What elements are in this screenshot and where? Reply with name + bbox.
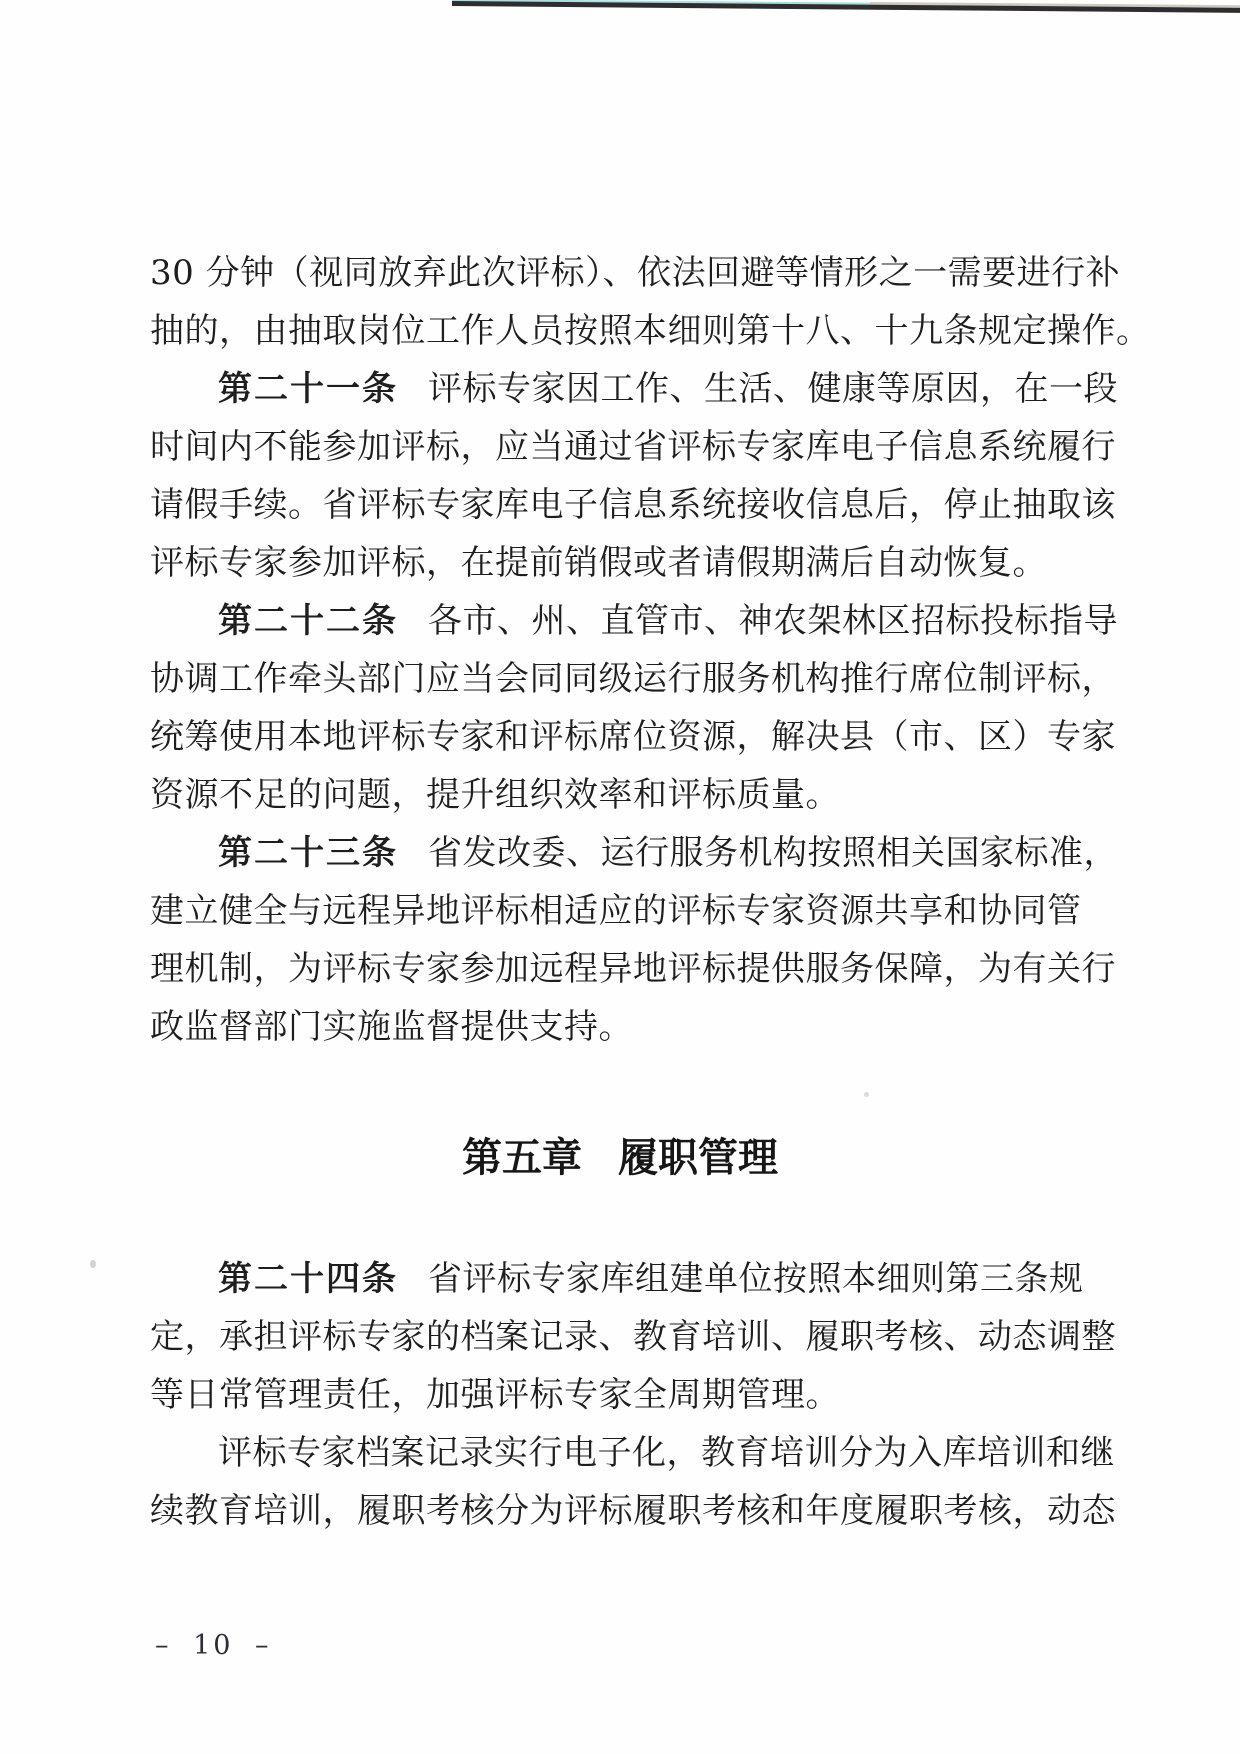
scan-speckle [90,1260,96,1268]
line-text: 评标专家因工作、生活、健康等原因，在一段 [428,369,1118,409]
line-text: 各市、州、直管市、神农架林区招标投标指导 [428,601,1118,641]
line-text: 时间内不能参加评标，应当通过省评标专家库电子信息系统履行 [150,427,1116,467]
text-line: 请假手续。省评标专家库电子信息系统接收信息后，停止抽取该 [150,476,1110,534]
chapter-heading: 第五章履职管理 [0,1136,1240,1180]
text-line: 等日常管理责任，加强评标专家全周期管理。 [150,1366,1110,1424]
line-text: 续教育培训，履职考核分为评标履职考核和年度履职考核，动态 [150,1491,1116,1531]
line-text: 评标专家参加评标，在提前销假或者请假期满后自动恢复。 [150,543,1047,583]
line-text: 等日常管理责任，加强评标专家全周期管理。 [150,1375,840,1415]
text-line: 政监督部门实施监督提供支持。 [150,998,1110,1056]
article-number: 第二十四条 [218,1259,398,1299]
line-text: 省发改委、运行服务机构按照相关国家标准， [428,833,1118,873]
line-text: 统筹使用本地评标专家和评标席位资源，解决县（市、区）专家 [150,717,1116,757]
body-text-upper: 30 分钟（视同放弃此次评标）、依法回避等情形之一需要进行补抽的，由抽取岗位工作… [150,244,1110,1056]
text-line: 定，承担评标专家的档案记录、教育培训、履职考核、动态调整 [150,1308,1110,1366]
page-number: – 10 – [155,1630,272,1661]
text-line: 建立健全与远程异地评标相适应的评标专家资源共享和协同管 [150,882,1110,940]
text-line: 资源不足的问题，提升组织效率和评标质量。 [150,766,1110,824]
line-text: 协调工作牵头部门应当会同同级运行服务机构推行席位制评标， [150,659,1116,699]
text-line: 第二十一条评标专家因工作、生活、健康等原因，在一段 [150,360,1110,418]
line-text: 抽的，由抽取岗位工作人员按照本细则第十八、十九条规定操作。 [150,311,1151,351]
text-line: 抽的，由抽取岗位工作人员按照本细则第十八、十九条规定操作。 [150,302,1110,360]
text-line: 评标专家参加评标，在提前销假或者请假期满后自动恢复。 [150,534,1110,592]
text-line: 理机制，为评标专家参加远程异地评标提供服务保障，为有关行 [150,940,1110,998]
line-text: 定，承担评标专家的档案记录、教育培训、履职考核、动态调整 [150,1317,1116,1357]
text-line: 续教育培训，履职考核分为评标履职考核和年度履职考核，动态 [150,1482,1110,1540]
article-number: 第二十一条 [218,369,398,409]
article-number: 第二十三条 [218,833,398,873]
chapter-label: 第五章 [462,1135,582,1181]
text-line: 第二十三条省发改委、运行服务机构按照相关国家标准， [150,824,1110,882]
document-page: 30 分钟（视同放弃此次评标）、依法回避等情形之一需要进行补抽的，由抽取岗位工作… [0,0,1240,1754]
chapter-title: 履职管理 [618,1135,778,1181]
text-line: 协调工作牵头部门应当会同同级运行服务机构推行席位制评标， [150,650,1110,708]
line-text: 政监督部门实施监督提供支持。 [150,1007,633,1047]
scan-speckle [864,1092,869,1097]
line-text: 理机制，为评标专家参加远程异地评标提供服务保障，为有关行 [150,949,1116,989]
text-line: 第二十四条省评标专家库组建单位按照本细则第三条规 [150,1250,1110,1308]
line-text: 请假手续。省评标专家库电子信息系统接收信息后，停止抽取该 [150,485,1116,525]
line-text: 资源不足的问题，提升组织效率和评标质量。 [150,775,840,815]
text-line: 统筹使用本地评标专家和评标席位资源，解决县（市、区）专家 [150,708,1110,766]
text-line: 时间内不能参加评标，应当通过省评标专家库电子信息系统履行 [150,418,1110,476]
line-text: 30 分钟（视同放弃此次评标）、依法回避等情形之一需要进行补 [150,253,1120,293]
text-line: 30 分钟（视同放弃此次评标）、依法回避等情形之一需要进行补 [150,244,1110,302]
line-text: 评标专家档案记录实行电子化，教育培训分为入库培训和继 [218,1433,1115,1473]
text-line: 评标专家档案记录实行电子化，教育培训分为入库培训和继 [150,1424,1110,1482]
text-line: 第二十二条各市、州、直管市、神农架林区招标投标指导 [150,592,1110,650]
line-text: 建立健全与远程异地评标相适应的评标专家资源共享和协同管 [150,891,1082,931]
body-text-lower: 第二十四条省评标专家库组建单位按照本细则第三条规定，承担评标专家的档案记录、教育… [150,1250,1110,1540]
line-text: 省评标专家库组建单位按照本细则第三条规 [428,1259,1084,1299]
article-number: 第二十二条 [218,601,398,641]
